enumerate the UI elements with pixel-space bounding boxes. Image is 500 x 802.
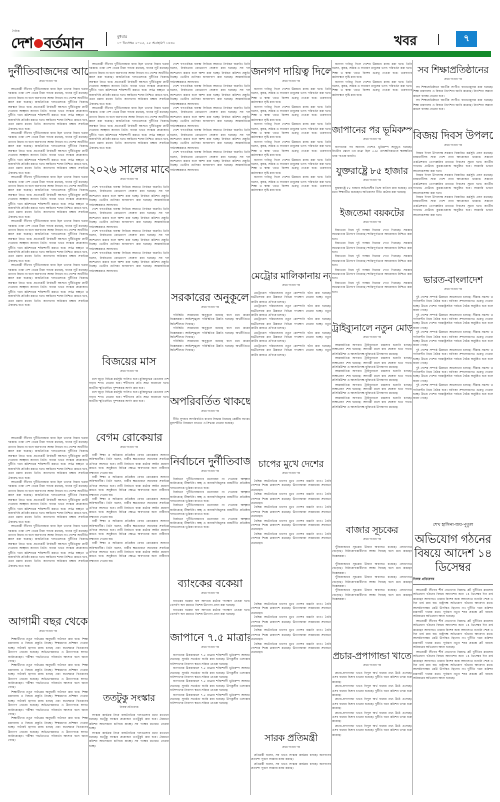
story-body: বৈশ্বিক অর্থনৈতিক চাপের মুখে দেশের রপ্তা… (251, 479, 331, 545)
story-headline[interactable]: বিজয় দিবস উপলক্ষে (413, 129, 493, 142)
story-headline[interactable]: অপরিবর্তিত থাকছে (170, 395, 250, 408)
story-japaner-por[interactable]: জাপানের পর ভূমিকম্প প্রথম পাতার পর জাপান… (332, 122, 412, 162)
story-body: আওয়ামী লীগের দুর্নীতিবাজরা যারা ছিল তাদ… (89, 62, 169, 150)
story-headline[interactable]: অভিযোগ গঠনের বিষয়ে আদেশ ১৪ ডিসেম্বর (413, 532, 493, 574)
story-byline: প্রথম পাতার পর (89, 177, 169, 183)
story-byline: প্রথম পাতার পর (170, 305, 250, 311)
masthead-divider (106, 32, 107, 46)
story-body: ব্যাংকের বকেয়া ঋণ আদায়ে কঠোর পদক্ষেপ ন… (170, 599, 250, 617)
story-jonogon-dayitto[interactable]: জনগণ দায়িত্ব দিলে প্রথম পাতার পর জনগণ দ… (251, 62, 331, 268)
story-headline[interactable]: সারক প্রতিমন্ত্রী (251, 733, 331, 744)
story-byline: প্রথম পাতার পর (89, 445, 169, 451)
story-body: নির্বাচনে দুর্নীতিবাজদের মনোনয়ন না দেওয… (170, 477, 250, 530)
masthead: দৈনিক দেশবর্তমান সত্যের পথে অবিচল বুধবার… (0, 0, 500, 58)
story-byline: প্রথম পাতার পর (170, 591, 250, 597)
story-body: আওয়ামী লীগের দুর্নীতিবাজরা যারা ছিল তাদ… (8, 436, 88, 568)
story-headline[interactable]: সব শিক্ষাপ্রতিষ্ঠানের (413, 65, 493, 76)
story-body: বৈশ্বিক অর্থনৈতিক চাপের মুখে দেশের রপ্তা… (251, 602, 331, 655)
story-body: আওয়ামী লীগের শীর্ষ নেতাদের বিরুদ্ধে প্ল… (413, 588, 493, 681)
masthead-day: বুধবার (117, 34, 127, 41)
story-metro[interactable]: মেট্রোর মালিকানায় নতুন প্রথম পাতার পর ম… (251, 268, 331, 456)
story-bijoyer-mash[interactable]: বিজয়ের মাস প্রথম পাতার পর মাস জুড়ে বিভ… (89, 352, 169, 428)
story-headline[interactable]: বিজয়ের মাস (89, 355, 169, 368)
story-byline: প্রথম পাতার পর (170, 469, 250, 475)
story-body: দেশে গণতান্ত্রিক ব্যবস্থা ফিরিয়ে আনতে ন… (170, 62, 250, 172)
story-byline: প্রথম পাতার পর (413, 287, 493, 293)
story-body: সংস্কার কার্যক্রম নিয়ে রাজনৈতিক দলগুলোর… (89, 713, 169, 748)
story-headline[interactable]: জনগণ দায়িত্ব দিলে (251, 65, 331, 78)
story-body: প্রতিমন্ত্রী বলেন, সব খাতে সংস্কার কার্য… (251, 753, 331, 771)
story-body: পুঁজিবাজারে সূচকের উত্থান অব্যাহত রয়েছে… (332, 562, 412, 602)
story-headline[interactable]: দুর্নীতিবাজদের আগে (8, 65, 88, 78)
story-japane-matra[interactable]: জাপানে ৭.৫ মাত্রার প্রথম পাতার পর জাপানে… (170, 628, 250, 793)
story-body: পুঁজিবাজারে সূচকের উত্থান অব্যাহত রয়েছে… (332, 545, 412, 558)
section-divider (438, 34, 439, 45)
story-body: মেট্রোরেল পরিচালনায় নতুন কোম্পানি গঠন ক… (251, 291, 331, 357)
story-body: নারী শিক্ষা ও অধিকার প্রতিষ্ঠায় বেগম রো… (89, 453, 169, 563)
story-byline: প্রথম পাতার পর (89, 369, 169, 375)
story-byline: প্রথম পাতার পর (332, 663, 412, 669)
story-byline: নিজস্ব প্রতিবেদক (89, 705, 169, 711)
story-body: ইজতেমা নিয়ে দুই পক্ষের বিরোধ দেখা দিয়ে… (332, 228, 412, 294)
story-headline[interactable]: মেট্রোর মালিকানায় নতুন (251, 271, 331, 282)
story-headline[interactable]: ট্রাইব্যুনালে নতুন মোড় (332, 323, 412, 334)
story-byline: প্রথম পাতার পর (251, 283, 331, 289)
story-kicker: শেখ হাসিনা-জয়-পুতুল (413, 522, 493, 529)
story-body: নীতি সুদহার অপরিবর্তিত রাখার সিদ্ধান্ত ন… (170, 417, 250, 426)
section-title: খবর (394, 32, 417, 53)
story-body: পরিস্থিতি সরকারের অনুকূলে রয়েছে বলে মনে… (170, 313, 250, 353)
story-agami-bochor[interactable]: আগামী বছর থেকে প্রথম পাতার পর শিক্ষার্থী… (8, 612, 88, 797)
story-headline[interactable]: প্রচার-প্রপাগান্ডা খাতে (332, 651, 412, 662)
story-body: দেশে গণতান্ত্রিক ব্যবস্থা ফিরিয়ে আনতে ন… (89, 185, 169, 273)
logo-text-left: দেশ (11, 34, 33, 52)
story-banker-bokeya[interactable]: ব্যাংকের বকেয়া প্রথম পাতার পর ব্যাংকের … (170, 574, 250, 626)
story-byline: প্রথম পাতার পর (170, 645, 250, 651)
story-byline: প্রথম পাতার পর (332, 335, 412, 341)
story-2026[interactable]: ২০২৬ সালের মাঝে প্রথম পাতার পর দেশে গণতা… (89, 160, 169, 350)
story-byline: প্রথম পাতার পর (332, 178, 412, 184)
story-oporiborthito[interactable]: অপরিবর্তিত থাকছে প্রথম পাতার পর নীতি সুদ… (170, 392, 250, 452)
story-bazar-cont: পুঁজিবাজারে সূচকের উত্থান অব্যাহত রয়েছে… (332, 562, 412, 648)
story-nirbachone[interactable]: নির্বাচনে দুর্নীতিবাজ প্রথম পাতার পর নির… (170, 452, 250, 572)
logo-red-dot-icon (34, 39, 43, 48)
story-body: জনগণ দায়িত্ব দিলে দেশের উন্নয়নে কাজ কর… (332, 62, 412, 97)
story-body: প্রচার-প্রপাগান্ডা খাতে বিপুল অর্থ ব্যয়… (332, 671, 412, 737)
story-headline[interactable]: ব্যাংকের বকেয়া (170, 577, 250, 590)
story-juktorashtre[interactable]: যুক্তরাষ্ট্রে ৮৫ হাজার প্রথম পাতার পর যু… (332, 163, 412, 203)
story-byline: প্রথম পাতার পর (332, 537, 412, 543)
story-headline[interactable]: সরকারের অনুকূলে (170, 291, 250, 304)
story-totutuku-songskar[interactable]: ততটুকু সংস্কার নিজস্ব প্রতিবেদক সংস্কার … (89, 690, 169, 770)
story-jonogon-col5: জনগণ দায়িত্ব দিলে দেশের উন্নয়নে কাজ কর… (332, 62, 412, 122)
story-headline[interactable]: আগামী বছর থেকে (8, 615, 88, 628)
story-body: আওয়ামী লীগের দুর্নীতিবাজরা যারা ছিল তাদ… (8, 87, 88, 307)
story-headline[interactable]: জাপানে ৭.৫ মাত্রার (170, 631, 250, 644)
story-body: মাস জুড়ে বিভিন্ন কর্মসূচি পালিত হবে। মু… (89, 377, 169, 403)
story-sob-shikkha[interactable]: সব শিক্ষাপ্রতিষ্ঠানের প্রথম পাতার পর সব … (413, 62, 493, 126)
story-byline: প্রথম পাতার পর (8, 79, 88, 85)
story-begum-rokeya[interactable]: বেগম রোকেয়ার প্রথম পাতার পর নারী শিক্ষা… (89, 428, 169, 688)
story-body: জাপানের পর অন্যান্য দেশেও ভূমিকম্প অনুভূ… (332, 145, 412, 158)
story-chaper-mukhe-cont: বৈশ্বিক অর্থনৈতিক চাপের মুখে দেশের রপ্তা… (251, 602, 331, 727)
masthead-date: ১০ ডিসেম্বর ২০২৫, ২৫ অগ্রহায়ণ ১৪৩২ (117, 41, 175, 47)
story-headline[interactable]: যুক্তরাষ্ট্রে ৮৫ হাজার (332, 166, 412, 177)
story-byline: প্রথম পাতার পর (332, 137, 412, 143)
story-headline[interactable]: বাজার সূচকের (332, 525, 412, 536)
story-byline: প্রথম পাতার পর (251, 79, 331, 85)
story-byline: প্রথম পাতার পর (251, 471, 331, 477)
story-headline[interactable]: ততটুকু সংস্কার (89, 693, 169, 704)
story-obhijog[interactable]: শেখ হাসিনা-জয়-পুতুল অভিযোগ গঠনের বিষয়ে… (413, 518, 493, 793)
story-headline[interactable]: চাপের মুখে দেশের (251, 459, 331, 470)
story-byline: প্রথম পাতার পর (251, 745, 331, 751)
story-headline[interactable]: বেগম রোকেয়ার (89, 431, 169, 444)
story-ijtema[interactable]: ইজতেমা বয়কটের প্রথম পাতার পর ইজতেমা নিয… (332, 205, 412, 320)
story-bharat-bangladesh[interactable]: ভারত-বাংলাদেশ প্রথম পাতার পর দুই দেশের স… (413, 272, 493, 512)
story-body: বিজয় দিবস উপলক্ষে সরকার বিস্তারিত কর্মস… (413, 151, 493, 217)
story-headline[interactable]: নির্বাচনে দুর্নীতিবাজ (170, 455, 250, 468)
story-prochar-prochar[interactable]: প্রচার-প্রপাগান্ডা খাতে প্রথম পাতার পর প… (332, 648, 412, 793)
story-body: জাপানের উত্তরাঞ্চলে ৭.৫ মাত্রার শক্তিশাল… (170, 653, 250, 706)
story-durnitibaj-col2: আওয়ামী লীগের দুর্নীতিবাজরা যারা ছিল তাদ… (89, 62, 169, 160)
story-headline[interactable]: জাপানের পর ভূমিকম্প (332, 125, 412, 136)
story-2026-col3: দেশে গণতান্ত্রিক ব্যবস্থা ফিরিয়ে আনতে ন… (170, 62, 250, 287)
story-body: শিক্ষার্থীদের নতুন পাঠ্যক্রম অনুযায়ী পা… (8, 637, 88, 743)
story-durnitibaj[interactable]: দুর্নীতিবাজদের আগে প্রথম পাতার পর আওয়াম… (8, 62, 88, 434)
story-byline: প্রথম পাতার পর (332, 220, 412, 226)
story-headline[interactable]: ২০২৬ সালের মাঝে (89, 163, 169, 176)
story-body: জনগণ দায়িত্ব দিলে দেশের উন্নয়নে কাজ কর… (251, 87, 331, 193)
story-sorkarer-onukule[interactable]: সরকারের অনুকূলে প্রথম পাতার পর পরিস্থিতি… (170, 288, 250, 388)
story-byline: নিজস্ব প্রতিবেদক (413, 577, 493, 585)
story-byline: প্রথম পাতার পর (413, 143, 493, 149)
story-bijoy-dibos[interactable]: বিজয় দিবস উপলক্ষে প্রথম পাতার পর বিজয় … (413, 126, 493, 271)
story-chaper-mukhe[interactable]: চাপের মুখে দেশের প্রথম পাতার পর বৈশ্বিক … (251, 456, 331, 601)
story-body: সব শিক্ষাপ্রতিষ্ঠানে জাতীয় সংগীত বাধ্যত… (413, 85, 493, 111)
story-body: দুই দেশের সম্পর্ক উন্নয়নে আলোচনা চলছে। … (413, 295, 493, 401)
story-bazar-suchok[interactable]: বাজার সূচকের প্রথম পাতার পর পুঁজিবাজারে … (332, 522, 412, 560)
masthead-green-bar (10, 51, 491, 57)
story-byline: প্রথম পাতার পর (170, 409, 250, 415)
story-body: যুক্তরাষ্ট্রে ৮৫ হাজার অভিবাসীর ভিসা বাত… (332, 186, 412, 195)
story-tribunal[interactable]: ট্রাইব্যুনালে নতুন মোড় প্রথম পাতার পর আ… (332, 320, 412, 520)
story-byline: প্রথম পাতার পর (413, 77, 493, 83)
page-number-badge: ৭ (456, 31, 477, 47)
story-byline: প্রথম পাতার পর (8, 629, 88, 635)
story-durnitibaj-cont: আওয়ামী লীগের দুর্নীতিবাজরা যারা ছিল তাদ… (8, 436, 88, 616)
story-headline[interactable]: ভারত-বাংলাদেশ (413, 275, 493, 286)
story-headline[interactable]: ইজতেমা বয়কটের (332, 208, 412, 219)
story-body: আন্তর্জাতিক অপরাধ ট্রাইব্যুনালে মামলার শ… (332, 343, 412, 409)
story-sarok-pratimontri[interactable]: সারক প্রতিমন্ত্রী প্রথম পাতার পর প্রতিমন… (251, 730, 331, 790)
